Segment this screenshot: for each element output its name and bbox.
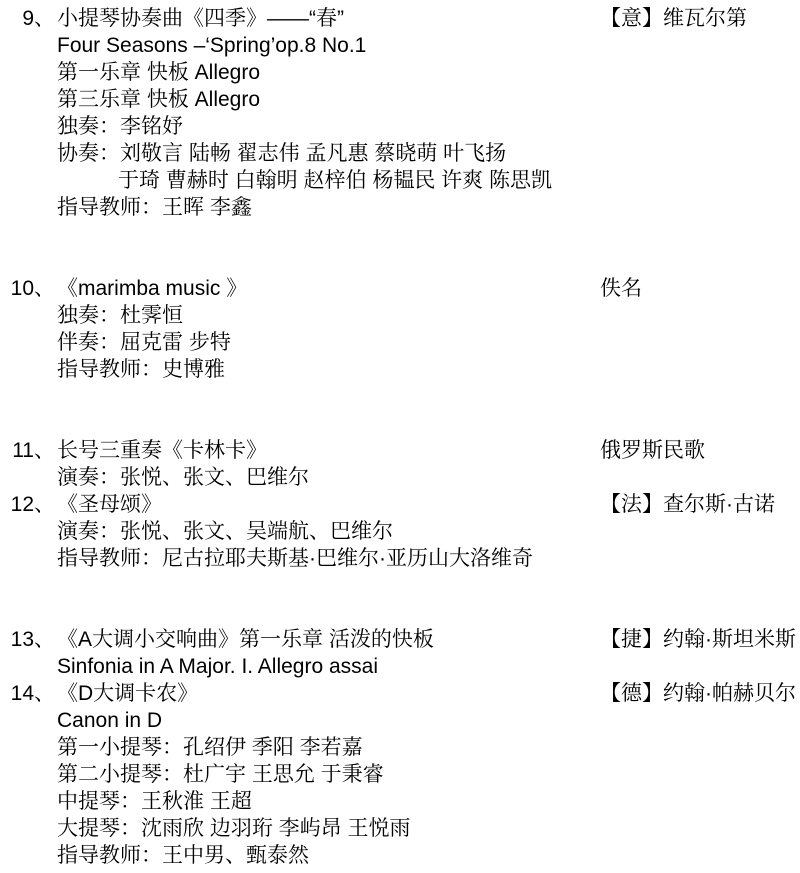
program-item: 14、《D大调卡农》【德】约翰·帕赫贝尔Canon in D第一小提琴：孔绍伊 … <box>0 680 800 869</box>
item-line-row: 中提琴：王秋淮 王超 <box>0 788 800 815</box>
item-line-row: 独奏：杜霁恒 <box>0 302 800 329</box>
program-item: 9、小提琴协奏曲《四季》——“春”【意】维瓦尔第Four Seasons –‘S… <box>0 5 800 221</box>
item-line: 独奏：李铭妤 <box>57 115 183 138</box>
item-title: 《D大调卡农》 <box>55 680 198 707</box>
item-title-row: 13、《A大调小交响曲》第一乐章 活泼的快板【捷】约翰·斯坦米斯 <box>0 626 800 653</box>
item-line-row: 指导教师：史博雅 <box>0 356 800 383</box>
item-line: Four Seasons –‘Spring’op.8 No.1 <box>57 34 366 57</box>
item-line: 指导教师：史博雅 <box>57 358 225 381</box>
item-number: 14、 <box>0 680 55 707</box>
item-line: 独奏：杜霁恒 <box>57 304 183 327</box>
item-line: 演奏：张悦、张文、巴维尔 <box>57 466 309 489</box>
item-number: 13、 <box>0 626 55 653</box>
item-line-row: 演奏：张悦、张文、吴端航、巴维尔 <box>0 518 800 545</box>
item-line-row: Four Seasons –‘Spring’op.8 No.1 <box>0 32 800 59</box>
item-title: 长号三重奏《卡林卡》 <box>55 437 267 464</box>
item-line: 于琦 曹赫时 白翰明 赵梓伯 杨韫民 许爽 陈思凯 <box>118 169 552 192</box>
item-line-row: 第三乐章 快板 Allegro <box>0 86 800 113</box>
item-line: Canon in D <box>57 709 162 732</box>
item-title: 《marimba music 》 <box>55 275 247 302</box>
item-line-row: Canon in D <box>0 707 800 734</box>
item-composer: 【意】维瓦尔第 <box>600 5 747 32</box>
item-title-row: 9、小提琴协奏曲《四季》——“春”【意】维瓦尔第 <box>0 5 800 32</box>
concert-program-page: 9、小提琴协奏曲《四季》——“春”【意】维瓦尔第Four Seasons –‘S… <box>0 0 800 869</box>
item-line-row: 伴奏：屈克雷 步特 <box>0 329 800 356</box>
item-title-row: 12、《圣母颂》【法】查尔斯·古诺 <box>0 491 800 518</box>
item-line: 第三乐章 快板 Allegro <box>57 88 260 111</box>
program-item: 11、长号三重奏《卡林卡》俄罗斯民歌演奏：张悦、张文、巴维尔 <box>0 437 800 491</box>
item-number: 11、 <box>0 437 55 464</box>
item-line: 伴奏：屈克雷 步特 <box>57 331 231 354</box>
program-item: 10、《marimba music 》佚名独奏：杜霁恒伴奏：屈克雷 步特指导教师… <box>0 275 800 383</box>
item-composer: 【法】查尔斯·古诺 <box>600 491 775 518</box>
item-line: Sinfonia in A Major. I. Allegro assai <box>57 655 378 678</box>
item-line-row: 于琦 曹赫时 白翰明 赵梓伯 杨韫民 许爽 陈思凯 <box>0 167 800 194</box>
item-line: 大提琴：沈雨欣 边羽珩 李屿昂 王悦雨 <box>57 817 411 840</box>
item-line-row: Sinfonia in A Major. I. Allegro assai <box>0 653 800 680</box>
item-line-row: 第一小提琴：孔绍伊 季阳 李若嘉 <box>0 734 800 761</box>
item-line-row: 第一乐章 快板 Allegro <box>0 59 800 86</box>
program-item: 12、《圣母颂》【法】查尔斯·古诺演奏：张悦、张文、吴端航、巴维尔指导教师：尼古… <box>0 491 800 572</box>
item-title-row: 11、长号三重奏《卡林卡》俄罗斯民歌 <box>0 437 800 464</box>
item-line: 演奏：张悦、张文、吴端航、巴维尔 <box>57 520 393 543</box>
item-composer: 【捷】约翰·斯坦米斯 <box>600 626 796 653</box>
program-group: 9、小提琴协奏曲《四季》——“春”【意】维瓦尔第Four Seasons –‘S… <box>0 5 800 221</box>
item-line: 第一乐章 快板 Allegro <box>57 61 260 84</box>
item-line: 中提琴：王秋淮 王超 <box>57 790 252 813</box>
item-number: 12、 <box>0 491 55 518</box>
item-line-row: 协奏：刘敬言 陆畅 翟志伟 孟凡惠 蔡晓萌 叶飞扬 <box>0 140 800 167</box>
item-line-row: 第二小提琴：杜广宇 王思允 于秉睿 <box>0 761 800 788</box>
item-line-row: 指导教师：王晖 李鑫 <box>0 194 800 221</box>
program-group: 11、长号三重奏《卡林卡》俄罗斯民歌演奏：张悦、张文、巴维尔12、《圣母颂》【法… <box>0 437 800 572</box>
program-group: 13、《A大调小交响曲》第一乐章 活泼的快板【捷】约翰·斯坦米斯Sinfonia… <box>0 626 800 869</box>
item-line: 指导教师：尼古拉耶夫斯基·巴维尔·亚历山大洛维奇 <box>57 547 533 570</box>
item-number: 10、 <box>0 275 55 302</box>
item-line: 协奏：刘敬言 陆畅 翟志伟 孟凡惠 蔡晓萌 叶飞扬 <box>57 142 506 165</box>
item-line-row: 独奏：李铭妤 <box>0 113 800 140</box>
item-composer: 佚名 <box>600 275 642 302</box>
item-line: 指导教师：王中男、甄泰然 <box>57 844 309 867</box>
item-line: 第一小提琴：孔绍伊 季阳 李若嘉 <box>57 736 363 759</box>
item-number: 9、 <box>0 5 55 32</box>
item-line: 指导教师：王晖 李鑫 <box>57 196 252 219</box>
item-line-row: 演奏：张悦、张文、巴维尔 <box>0 464 800 491</box>
item-line-row: 大提琴：沈雨欣 边羽珩 李屿昂 王悦雨 <box>0 815 800 842</box>
item-line-row: 指导教师：尼古拉耶夫斯基·巴维尔·亚历山大洛维奇 <box>0 545 800 572</box>
program-group: 10、《marimba music 》佚名独奏：杜霁恒伴奏：屈克雷 步特指导教师… <box>0 275 800 383</box>
item-line: 第二小提琴：杜广宇 王思允 于秉睿 <box>57 763 384 786</box>
program-list: 9、小提琴协奏曲《四季》——“春”【意】维瓦尔第Four Seasons –‘S… <box>0 5 800 869</box>
item-title-row: 10、《marimba music 》佚名 <box>0 275 800 302</box>
item-title: 小提琴协奏曲《四季》——“春” <box>55 5 344 32</box>
item-title-row: 14、《D大调卡农》【德】约翰·帕赫贝尔 <box>0 680 800 707</box>
item-composer: 俄罗斯民歌 <box>600 437 705 464</box>
item-title: 《圣母颂》 <box>55 491 162 518</box>
item-line-row: 指导教师：王中男、甄泰然 <box>0 842 800 869</box>
program-item: 13、《A大调小交响曲》第一乐章 活泼的快板【捷】约翰·斯坦米斯Sinfonia… <box>0 626 800 680</box>
item-composer: 【德】约翰·帕赫贝尔 <box>600 680 796 707</box>
item-title: 《A大调小交响曲》第一乐章 活泼的快板 <box>55 626 434 653</box>
